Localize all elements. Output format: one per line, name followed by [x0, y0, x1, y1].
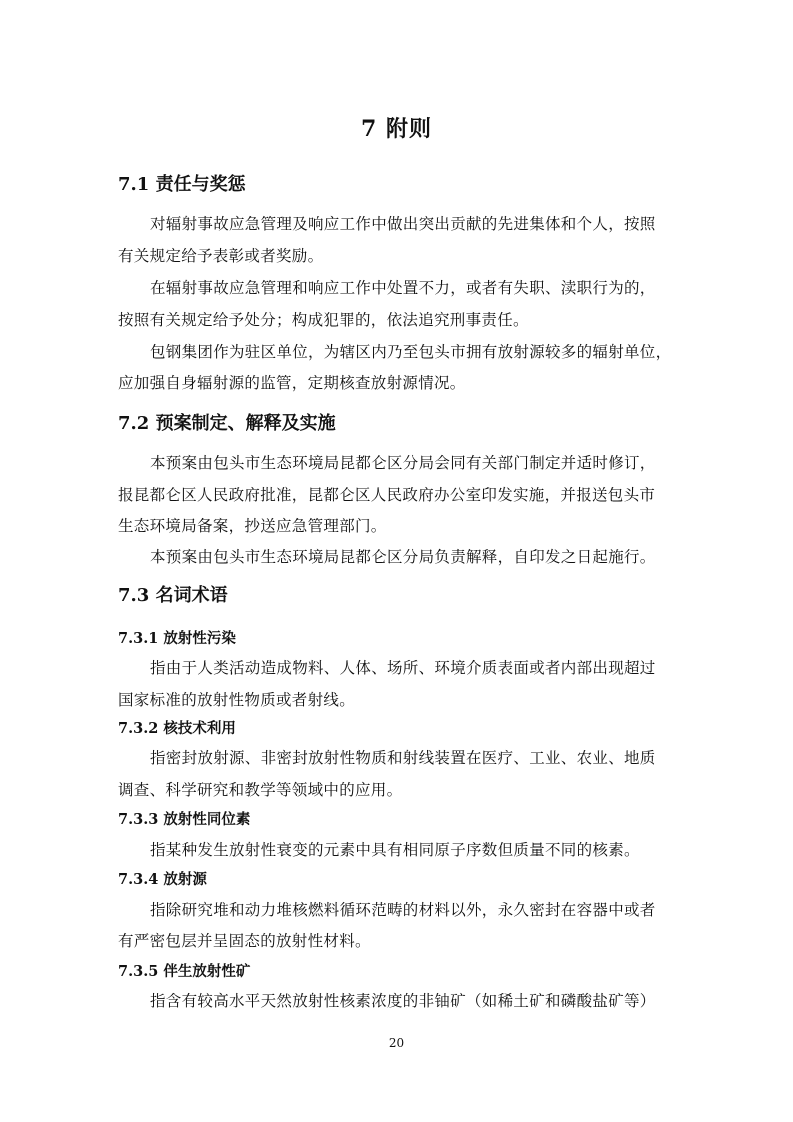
- paragraph-line: 在辐射事故应急管理和响应工作中处置不力，或者有失职、渎职行为的，: [150, 276, 656, 298]
- paragraph-line: 生态环境局备案，抄送应急管理部门。: [118, 514, 387, 536]
- paragraph-line: 指某种发生放射性衰变的元素中具有相同原子序数但质量不同的核素。: [150, 838, 640, 860]
- paragraph-line: 指由于人类活动造成物料、人体、场所、环境介质表面或者内部出现超过: [150, 656, 656, 678]
- paragraph-line: 应加强自身辐射源的监管，定期核查放射源情况。: [118, 371, 466, 393]
- section-heading-7-1: 7.1 责任与奖惩: [118, 170, 246, 196]
- paragraph-line: 报昆都仑区人民政府批准，昆都仑区人民政府办公室印发实施，并报送包头市: [118, 483, 655, 505]
- subsection-heading-7-3-1: 7.3.1 放射性污染: [118, 627, 236, 648]
- subsection-heading-7-3-2: 7.3.2 核技术利用: [118, 717, 236, 738]
- subsection-heading-7-3-5: 7.3.5 伴生放射性矿: [118, 960, 250, 981]
- page-number: 20: [0, 1036, 793, 1050]
- subsection-heading-7-3-4: 7.3.4 放射源: [118, 868, 207, 889]
- paragraph-line: 指含有较高水平天然放射性核素浓度的非铀矿（如稀土矿和磷酸盐矿等）: [150, 989, 656, 1011]
- paragraph-line: 本预案由包头市生态环境局昆都仑区分局会同有关部门制定并适时修订，: [150, 451, 656, 473]
- paragraph-line: 有关规定给予表彰或者奖励。: [118, 244, 323, 266]
- paragraph-line: 本预案由包头市生态环境局昆都仑区分局负责解释，自印发之日起施行。: [150, 545, 656, 567]
- section-heading-7-2: 7.2 预案制定、解释及实施: [118, 409, 336, 435]
- paragraph-line: 有严密包层并呈固态的放射性材料。: [118, 929, 371, 951]
- paragraph-line: 包钢集团作为驻区单位，为辖区内乃至包头市拥有放射源较多的辐射单位，: [150, 340, 671, 362]
- chapter-title: 7 附则: [0, 112, 793, 143]
- section-heading-7-3: 7.3 名词术语: [118, 581, 228, 607]
- subsection-heading-7-3-3: 7.3.3 放射性同位素: [118, 808, 250, 829]
- paragraph-line: 指密封放射源、非密封放射性物质和射线装置在医疗、工业、农业、地质: [150, 746, 656, 768]
- paragraph-line: 指除研究堆和动力堆核燃料循环范畴的材料以外，永久密封在容器中或者: [150, 898, 656, 920]
- paragraph-line: 按照有关规定给予处分；构成犯罪的，依法追究刑事责任。: [118, 308, 529, 330]
- paragraph-line: 国家标准的放射性物质或者射线。: [118, 688, 355, 710]
- document-page: 7 附则 7.1 责任与奖惩 对辐射事故应急管理及响应工作中做出突出贡献的先进集…: [0, 0, 793, 1122]
- paragraph-line: 对辐射事故应急管理及响应工作中做出突出贡献的先进集体和个人，按照: [150, 212, 656, 234]
- paragraph-line: 调查、科学研究和教学等领域中的应用。: [118, 778, 402, 800]
